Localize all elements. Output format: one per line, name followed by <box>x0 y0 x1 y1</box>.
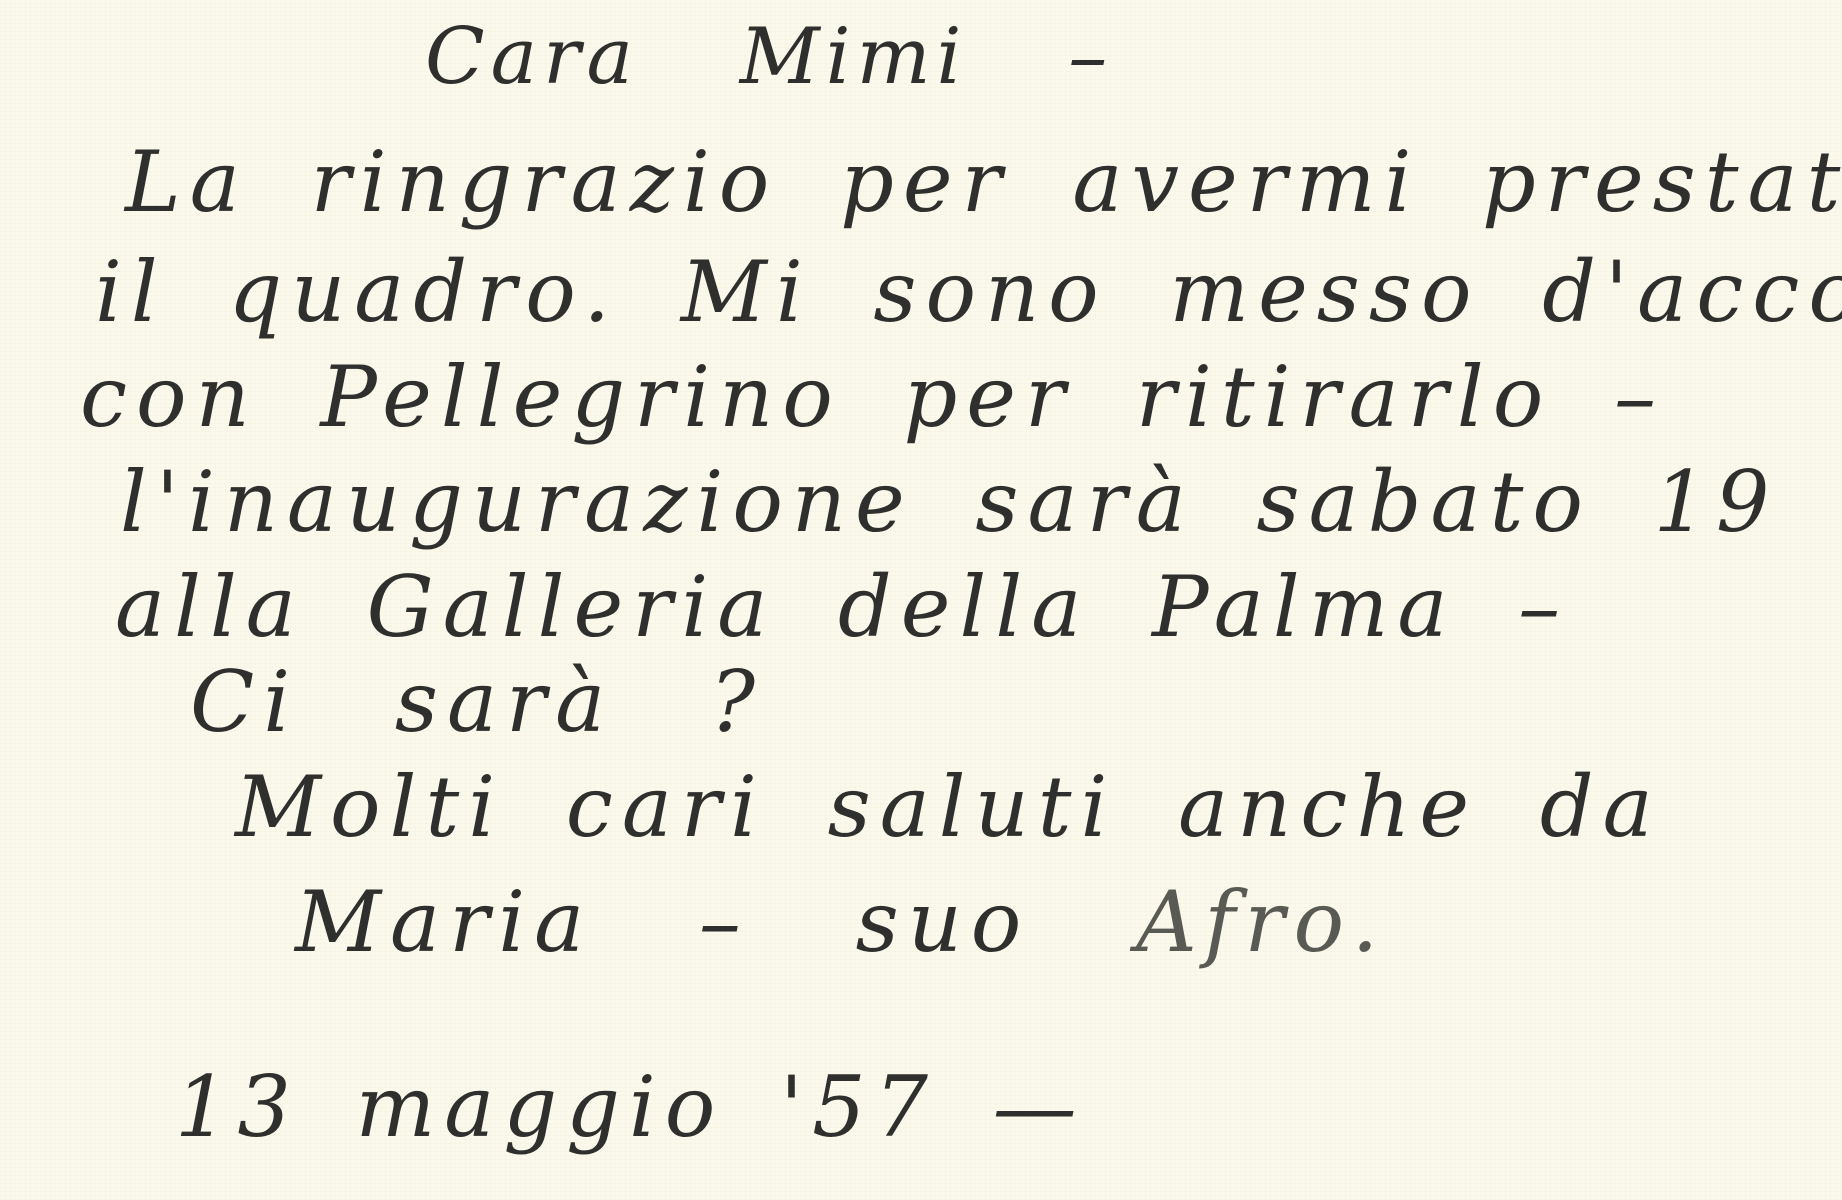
letter-line-4: l'inaugurazione sarà sabato 19 <box>120 460 1779 544</box>
salutation: Cara Mimi – <box>425 18 1113 96</box>
closing-line-2: Maria – suo Afro. <box>295 880 1387 964</box>
letter-line-5: alla Galleria della Palma – <box>115 565 1569 649</box>
handwritten-letter: Cara Mimi – La ringrazio per avermi pres… <box>0 0 1842 1200</box>
letter-line-1: La ringrazio per avermi prestato <box>125 140 1842 224</box>
closing-line-1: Molti cari saluti anche da <box>235 765 1662 849</box>
letter-line-2: il quadro. Mi sono messo d'accordo <box>95 250 1842 334</box>
letter-date: 13 maggio '57 — <box>175 1065 1086 1149</box>
closing-text: Maria – suo <box>295 873 1030 971</box>
letter-line-3: con Pellegrino per ritirarlo – <box>80 355 1665 439</box>
letter-line-6: Ci sarà ? <box>190 660 764 744</box>
signature: Afro. <box>1136 873 1387 971</box>
